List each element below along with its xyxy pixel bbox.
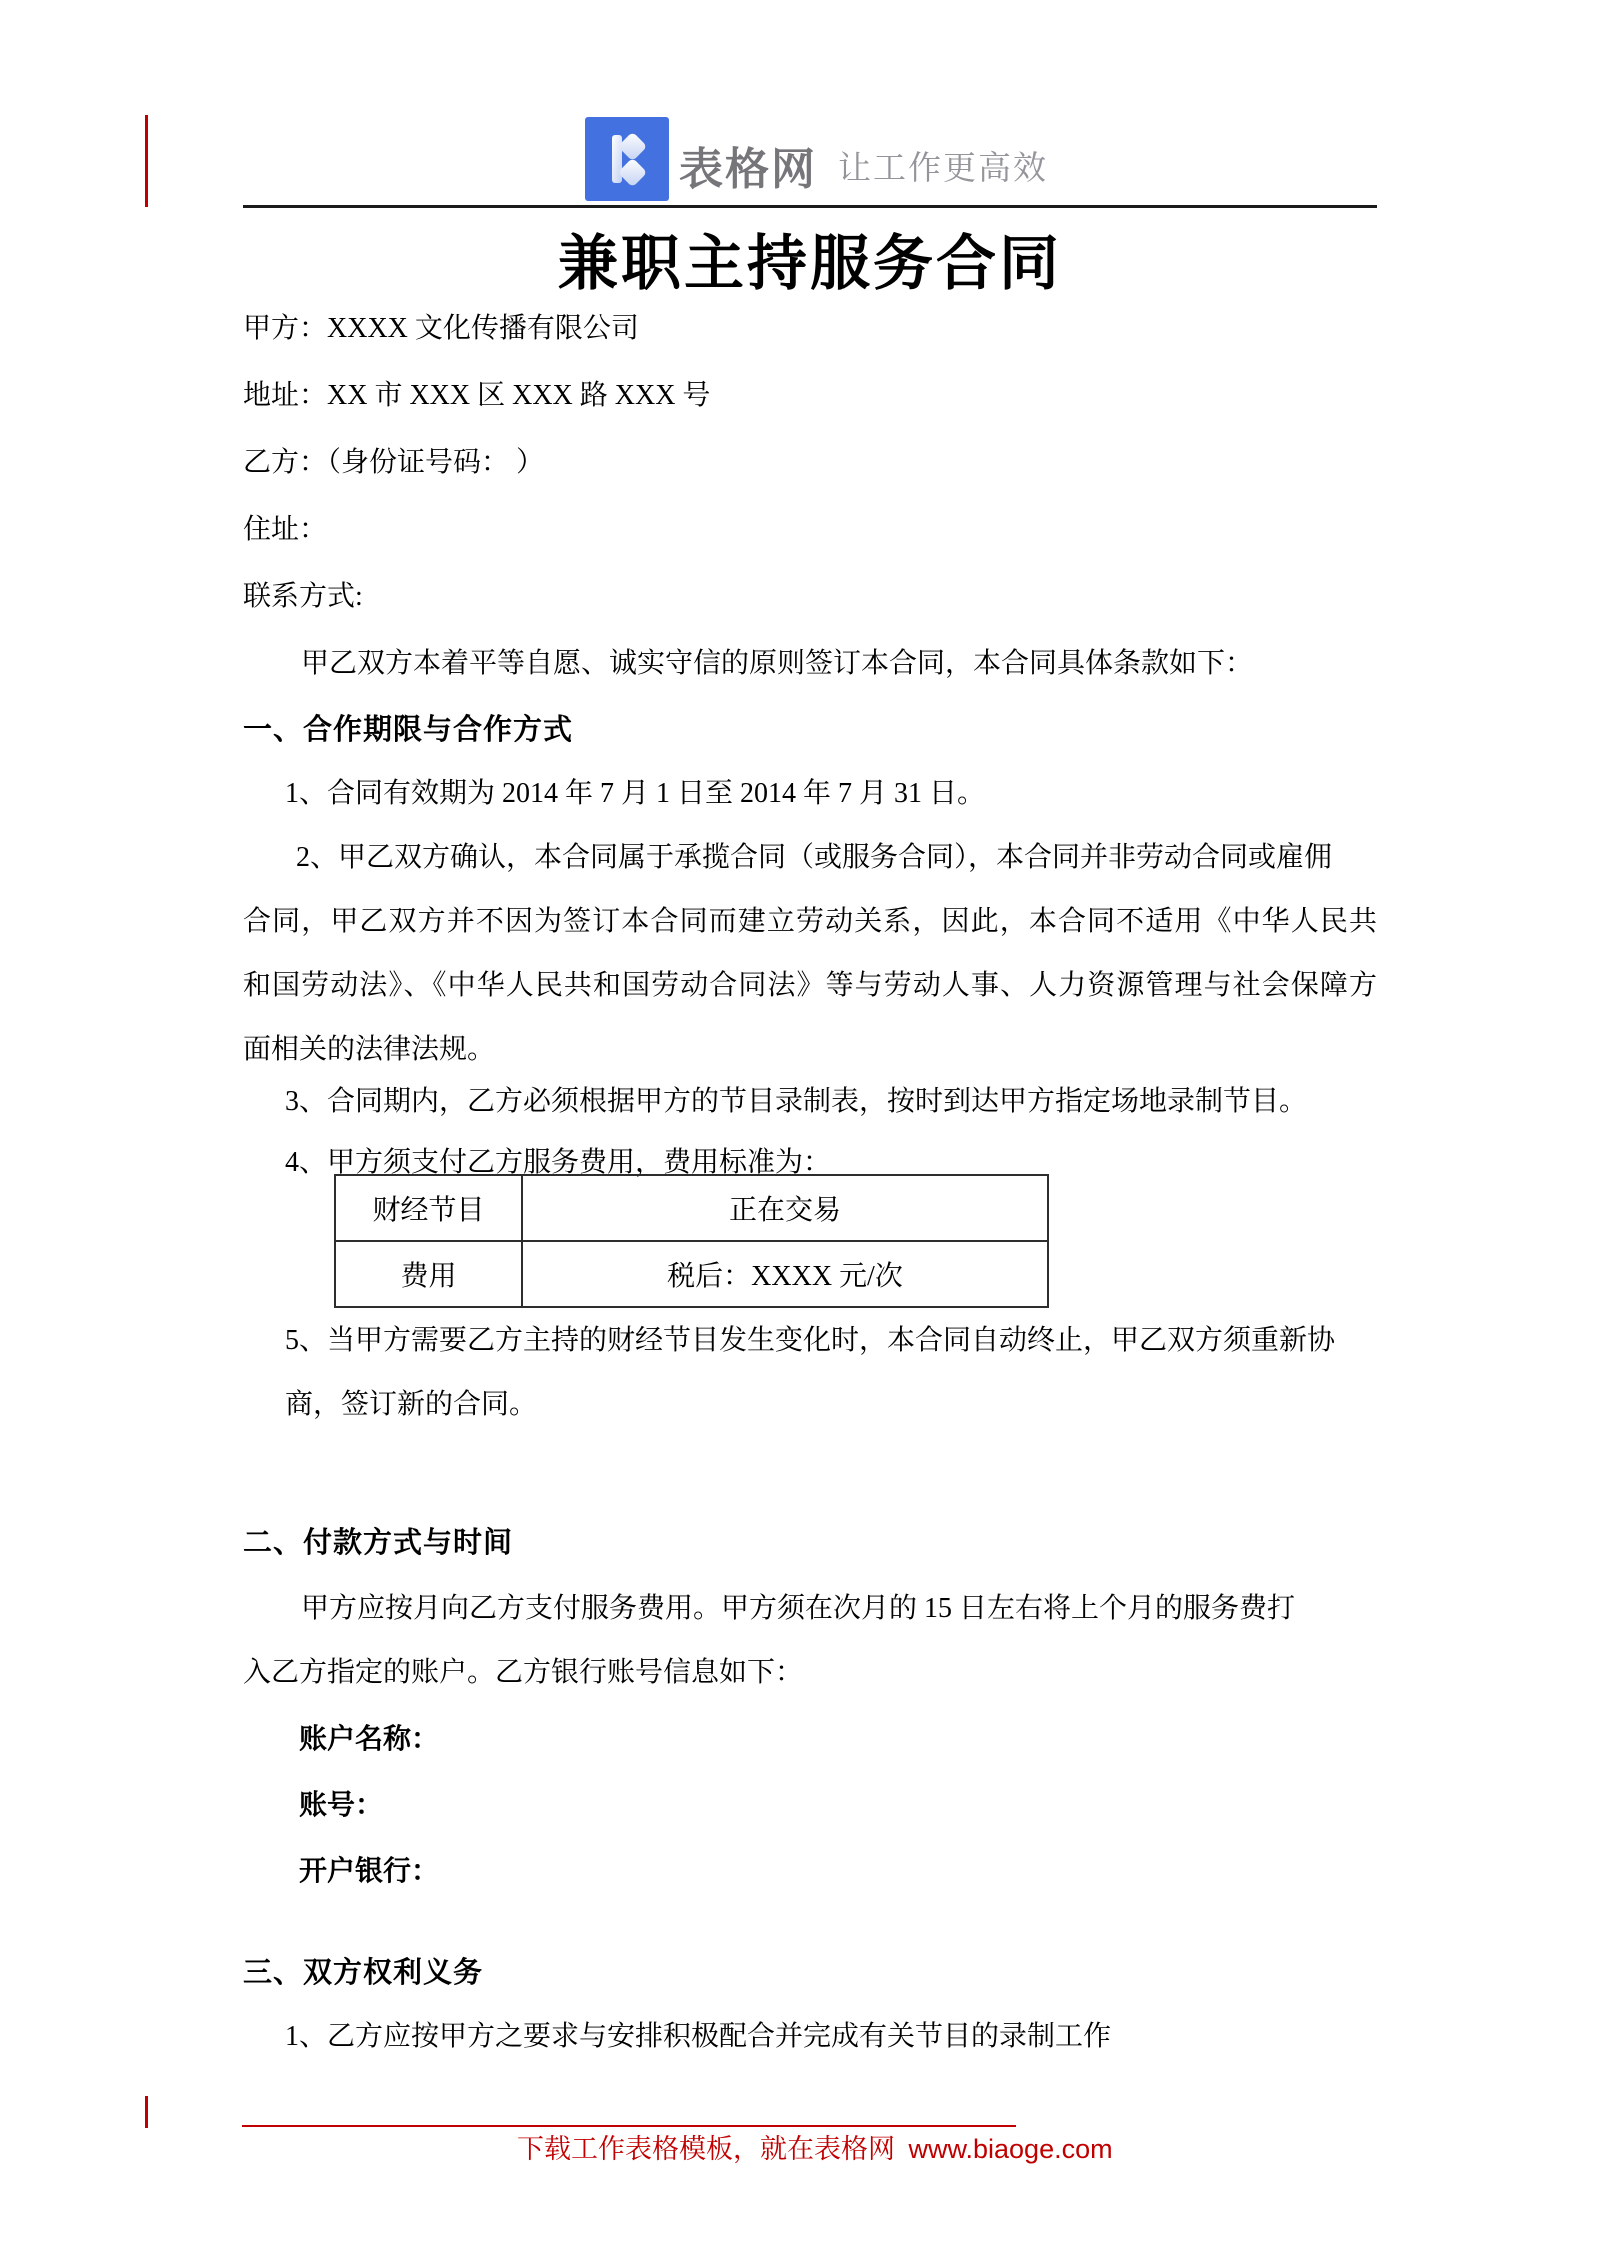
preamble: 甲乙双方本着平等自愿、诚实守信的原则签订本合同，本合同具体条款如下： <box>301 647 1253 681</box>
contact-line: 联系方式: <box>243 580 363 614</box>
section-1-item-1: 1、合同有效期为 2014 年 7 月 1 日至 2014 年 7 月 31 日… <box>285 777 985 811</box>
section-3-item-1: 1、乙方应按甲方之要求与安排积极配合并完成有关节目的录制工作 <box>285 2020 1111 2054</box>
section-1-item-2-line-1: 2、甲乙双方确认，本合同属于承揽合同（或服务合同），本合同并非劳动合同或雇佣 <box>296 841 1332 875</box>
header-rule <box>243 205 1377 208</box>
contract-document-page: 表格网 让工作更高效 兼职主持服务合同 甲方：XXXX 文化传播有限公司 地址：… <box>0 0 1600 2262</box>
section-1-item-5-line-1: 5、当甲方需要乙方主持的财经节目发生变化时，本合同自动终止，甲乙双方须重新协 <box>285 1324 1335 1358</box>
section-1-item-2-line-2: 合同，甲乙双方并不因为签订本合同而建立劳动关系，因此，本合同不适用《中华人民共 <box>243 905 1377 939</box>
section-1-heading: 一、合作期限与合作方式 <box>243 713 573 747</box>
footer-promo: 下载工作表格模板，就在表格网 www.biaoge.com <box>490 2096 1113 2197</box>
section-3-heading: 三、双方权利义务 <box>243 1956 483 1990</box>
fee-row-2-label: 费用 <box>335 1241 522 1307</box>
account-number-label: 账号： <box>299 1788 383 1822</box>
fee-row-1-label: 财经节目 <box>335 1175 522 1241</box>
margin-revision-mark-top <box>145 115 148 207</box>
section-2-para-line-2: 入乙方指定的账户。乙方银行账号信息如下： <box>243 1656 803 1690</box>
brand-name: 表格网 <box>679 133 817 197</box>
section-1-item-2-line-4: 面相关的法律法规。 <box>243 1033 495 1067</box>
document-title: 兼职主持服务合同 <box>243 216 1377 302</box>
account-name-label: 账户名称： <box>299 1722 439 1756</box>
biaoge-logo-icon <box>585 117 669 201</box>
brand-tagline: 让工作更高效 <box>838 142 1048 189</box>
margin-revision-mark-bottom <box>145 2096 148 2128</box>
table-row: 财经节目 正在交易 <box>335 1175 1048 1241</box>
party-b-line: 乙方：（身份证号码： ） <box>243 446 544 480</box>
footer-url-link[interactable]: www.biaoge.com <box>909 2134 1113 2164</box>
section-1-item-2-line-3: 和国劳动法》、《中华人民共和国劳动合同法》等与劳动人事、人力资源管理与社会保障方 <box>243 969 1377 1003</box>
fee-row-1-value: 正在交易 <box>522 1175 1048 1241</box>
table-row: 费用 税后：XXXX 元/次 <box>335 1241 1048 1307</box>
fee-table: 财经节目 正在交易 费用 税后：XXXX 元/次 <box>334 1174 1049 1308</box>
party-b-address-line: 住址： <box>243 513 327 547</box>
section-2-para-line-1: 甲方应按月向乙方支付服务费用。甲方须在次月的 15 日左右将上个月的服务费打 <box>301 1592 1295 1626</box>
section-1-item-5-line-2: 商，签订新的合同。 <box>285 1388 537 1422</box>
footer-promo-text: 下载工作表格模板，就在表格网 <box>517 2134 895 2164</box>
party-a-address-line: 地址：XX 市 XXX 区 XXX 路 XXX 号 <box>243 379 710 413</box>
party-a-line: 甲方：XXXX 文化传播有限公司 <box>243 312 639 346</box>
fee-row-2-value: 税后：XXXX 元/次 <box>522 1241 1048 1307</box>
bank-label: 开户银行： <box>299 1854 439 1888</box>
section-1-item-3: 3、合同期内，乙方必须根据甲方的节目录制表，按时到达甲方指定场地录制节目。 <box>285 1085 1307 1119</box>
section-2-heading: 二、付款方式与时间 <box>243 1526 513 1560</box>
